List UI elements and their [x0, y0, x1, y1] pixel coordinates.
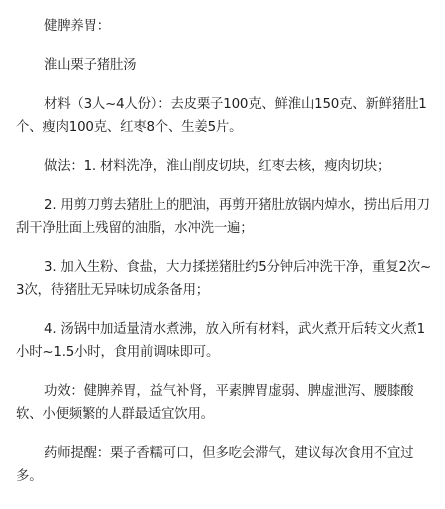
- method-step-1: 做法：1. 材料洗净，淮山削皮切块，红枣去核，瘦肉切块；: [16, 155, 432, 178]
- method-step-2: 2. 用剪刀剪去猪肚上的肥油，再剪开猪肚放锅内焯水，捞出后用刀刮干净肚面上残留的…: [16, 194, 432, 240]
- section-heading: 健脾养胃：: [16, 15, 432, 38]
- benefits-paragraph: 功效：健脾养胃，益气补肾，平素脾胃虚弱、脾虚泄泻、腰膝酸软、小便频繁的人群最适宜…: [16, 380, 432, 426]
- article-body: 健脾养胃： 淮山栗子猪肚汤 材料（3人~4人份）：去皮栗子100克、鲜淮山150…: [0, 0, 445, 488]
- recipe-title: 淮山栗子猪肚汤: [16, 54, 432, 77]
- ingredients-paragraph: 材料（3人~4人份）：去皮栗子100克、鲜淮山150克、新鲜猪肚1个、瘦肉100…: [16, 93, 432, 139]
- method-step-3: 3. 加入生粉、食盐，大力揉搓猪肚约5分钟后冲洗干净，重复2次~3次，待猪肚无异…: [16, 256, 432, 302]
- method-step-4: 4. 汤锅中加适量清水煮沸，放入所有材料，武火煮开后转文火煮1小时~1.5小时，…: [16, 318, 432, 364]
- pharmacist-tip-paragraph: 药师提醒：栗子香糯可口，但多吃会滞气，建议每次食用不宜过多。: [16, 442, 432, 488]
